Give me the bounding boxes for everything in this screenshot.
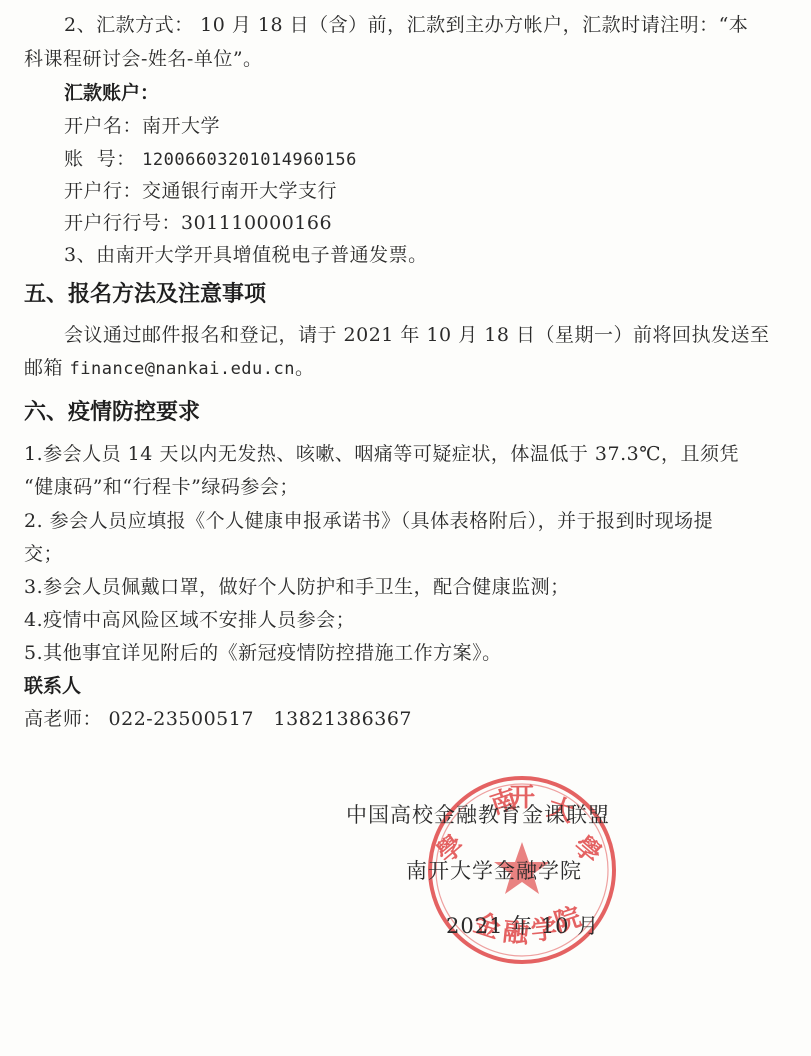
epidemic-item-2-line-2: 交； — [24, 541, 63, 567]
epidemic-item-1-line-1: 1.参会人员 14 天以内无发热、咳嗽、咽痛等可疑症状，体温低于 37.3℃，且… — [24, 441, 739, 467]
account-number: 12006603201014960156 — [142, 150, 357, 170]
registration-line-1: 会议通过邮件报名和登记，请于 2021 年 10 月 18 日（星期一）前将回执… — [64, 322, 769, 348]
epidemic-item-3: 3.参会人员佩戴口罩，做好个人防护和手卫生，配合健康监测； — [24, 574, 570, 600]
account-heading: 汇款账户： — [64, 80, 159, 106]
account-number-label: 账 号： — [64, 148, 136, 170]
registration-heading: 五、报名方法及注意事项 — [24, 280, 266, 310]
contact-line: 高老师： 022-23500517 13821386367 — [24, 706, 412, 732]
invoice-note: 3、由南开大学开具增值税电子普通发票。 — [64, 242, 428, 268]
payment-method-line-2: 科课程研讨会-姓名-单位”。 — [24, 46, 263, 72]
bank-code: 开户行行号：301110000166 — [64, 210, 332, 236]
payment-method-line-1: 2、汇款方式： 10 月 18 日（含）前，汇款到主办方帐户，汇款时请注明：“本 — [64, 12, 748, 38]
account-name: 开户名：南开大学 — [64, 113, 220, 139]
contact-heading: 联系人 — [24, 673, 81, 699]
epidemic-item-5: 5.其他事宜详见附后的《新冠疫情防控措施工作方案》。 — [24, 640, 502, 666]
account-number-row: 账 号： 12006603201014960156 — [64, 146, 357, 173]
email-link[interactable]: finance@nankai.edu.cn — [70, 359, 295, 379]
epidemic-item-1-line-2: “健康码”和“行程卡”绿码参会； — [24, 474, 299, 500]
epidemic-heading: 六、疫情防控要求 — [24, 398, 200, 428]
signature-org-2: 南开大学金融学院 — [406, 857, 582, 885]
registration-line-2: 邮箱 finance@nankai.edu.cn。 — [24, 355, 315, 382]
signature-date: 2021 年 10 月 — [446, 912, 599, 940]
epidemic-item-2-line-1: 2. 参会人员应填报《个人健康申报承诺书》（具体表格附后），并于报到时现场提 — [24, 508, 713, 534]
email-suffix: 。 — [295, 357, 315, 379]
epidemic-item-4: 4.疫情中高风险区域不安排人员参会； — [24, 607, 355, 633]
bank-name: 开户行：交通银行南开大学支行 — [64, 178, 337, 204]
email-prefix: 邮箱 — [24, 357, 70, 379]
signature-org-1: 中国高校金融教育金课联盟 — [346, 801, 610, 829]
